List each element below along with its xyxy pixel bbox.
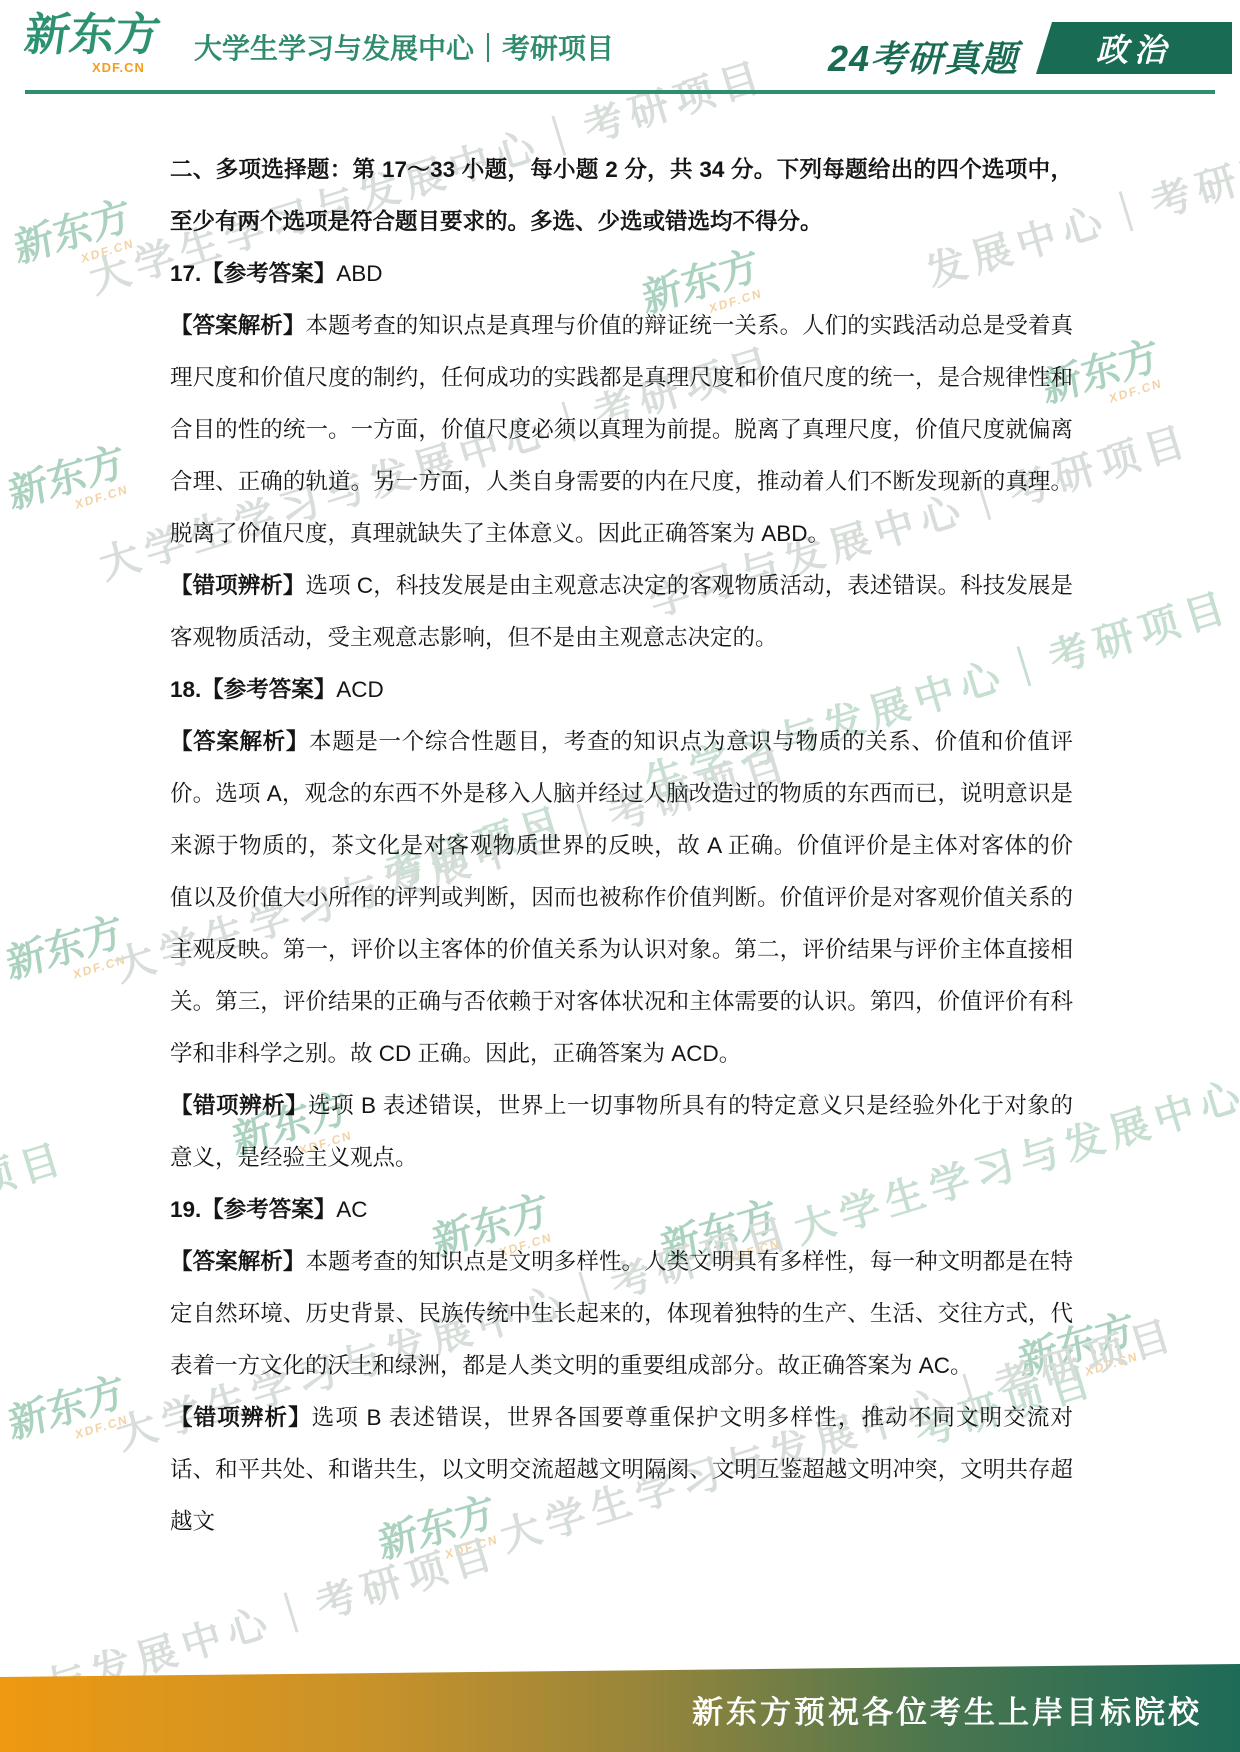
block-text: 本题是一个综合性题目，考查的知识点为意识与物质的关系、价值和价值评价。选项 A，…: [170, 729, 1073, 1066]
watermark-xdf-logo: 新东方XDF.CN: [4, 911, 127, 1000]
watermark-text: 项目: [0, 1138, 72, 1204]
watermark-xdf-logo: 新东方XDF.CN: [6, 441, 129, 530]
block-label: 【答案解析】: [170, 1249, 305, 1274]
block-label: 【错项辨析】: [170, 1093, 308, 1118]
block-text: 选项 C，科技发展是由主观意志决定的客观物质活动，表述错误。科技发展是客观物质活…: [170, 573, 1073, 650]
block-text: ABD: [336, 261, 382, 286]
answer-19: 19.【参考答案】AC: [170, 1184, 1073, 1236]
block-label: 18.【参考答案】: [170, 677, 336, 702]
block-label: 【错项辨析】: [170, 1405, 312, 1430]
block-label: 【答案解析】: [170, 729, 309, 754]
block-text: ACD: [336, 677, 384, 702]
analysis-18: 【答案解析】本题是一个综合性题目，考查的知识点为意识与物质的关系、价值和价值评价…: [170, 716, 1073, 1080]
block-label: 19.【参考答案】: [170, 1197, 336, 1222]
answer-17: 17.【参考答案】ABD: [170, 248, 1073, 300]
footer-slogan: 新东方预祝各位考生上岸目标院校: [692, 1687, 1202, 1732]
block-text: 本题考查的知识点是文明多样性。人类文明具有多样性，每一种文明都是在特定自然环境、…: [170, 1249, 1073, 1378]
analysis-17: 【答案解析】本题考查的知识点是真理与价值的辩证统一关系。人们的实践活动总是受着真…: [170, 300, 1073, 560]
analysis-19: 【答案解析】本题考查的知识点是文明多样性。人类文明具有多样性，每一种文明都是在特…: [170, 1236, 1073, 1392]
block-label: 【错项辨析】: [170, 573, 305, 598]
error-analysis-18: 【错项辨析】选项 B 表述错误，世界上一切事物所具有的特定意义只是经验外化于对象…: [170, 1080, 1073, 1184]
block-label: 17.【参考答案】: [170, 261, 336, 286]
block-label: 【答案解析】: [170, 313, 305, 338]
answer-sheet: 二、多项选择题：第 17～33 小题，每小题 2 分，共 34 分。下列每题给出…: [170, 144, 1073, 1548]
block-text: AC: [336, 1197, 367, 1222]
answer-blocks: 17.【参考答案】ABD【答案解析】本题考查的知识点是真理与价值的辩证统一关系。…: [170, 248, 1073, 1548]
section-heading: 二、多项选择题：第 17～33 小题，每小题 2 分，共 34 分。下列每题给出…: [170, 144, 1073, 248]
document-page: 新东方XDF.CN新东方XDF.CN新东方XDF.CN新东方XDF.CN新东方X…: [0, 0, 1240, 1752]
error-analysis-17: 【错项辨析】选项 C，科技发展是由主观意志决定的客观物质活动，表述错误。科技发展…: [170, 560, 1073, 664]
answer-18: 18.【参考答案】ACD: [170, 664, 1073, 716]
block-text: 本题考查的知识点是真理与价值的辩证统一关系。人们的实践活动总是受着真理尺度和价值…: [170, 313, 1073, 546]
error-analysis-19: 【错项辨析】选项 B 表述错误，世界各国要尊重保护文明多样性，推动不同文明交流对…: [170, 1392, 1073, 1548]
